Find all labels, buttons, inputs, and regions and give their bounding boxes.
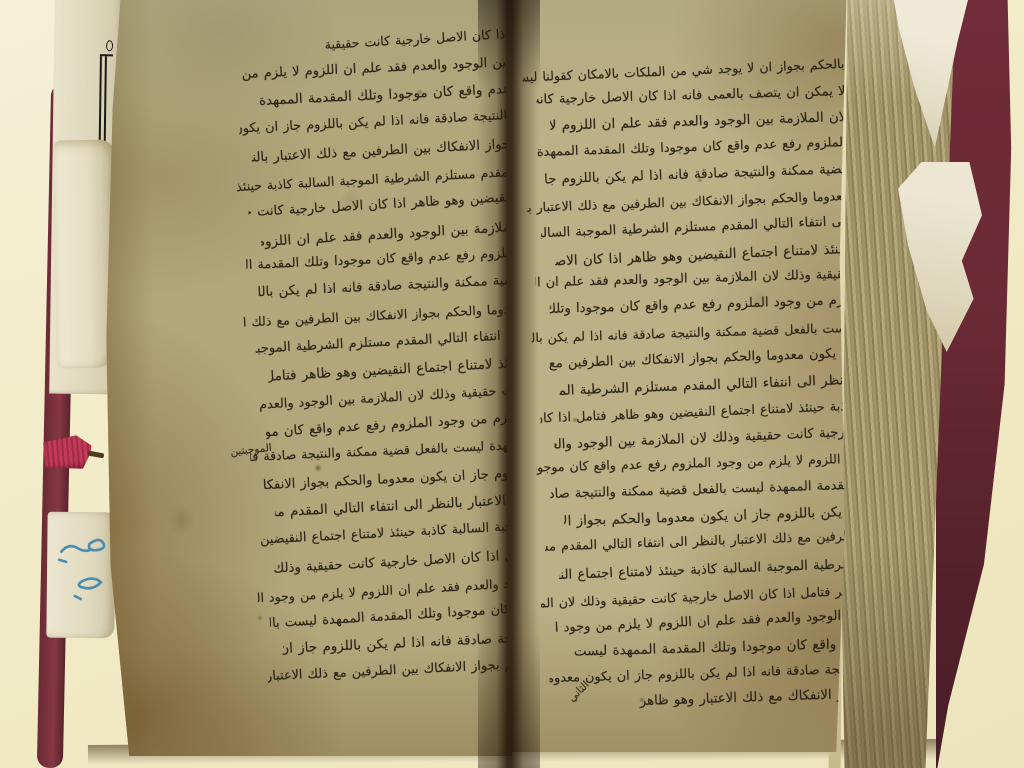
left-page-text-block: اذا كان الاصل خارجية كانت حقيقيةبين الوج… [228,24,543,718]
manuscript-photo: اذا كان الاصل خارجية كانت حقيقيةبين الوج… [0,0,1024,768]
manuscript-text-line: الملزوم رفع عدم واقع كان موجودا وتلك الم… [531,133,847,164]
manuscript-text-line: لم يكن باللزوم جاز ان يكون معدوما والحكم… [564,501,861,532]
manuscript-text-line: بالنظر الى انتفاء التالي المقدم مستلزم ا… [559,369,856,401]
printed-border-fragment [100,54,113,56]
manuscript-text-line: والنتيجة صادقة فانه اذا لم يكن باللزوم ج… [550,659,866,689]
manuscript-text-line: والنتيجة صادقة فانه اذا لم يكن باللزوم ج… [238,106,513,141]
manuscript-text-line: قضية ممكنة والنتيجة صادقة فانه اذا لم يك… [258,270,522,303]
left-page: اذا كان الاصل خارجية كانت حقيقيةبين الوج… [96,0,512,756]
printed-border-fragment [106,40,113,51]
manuscript-text-line: يلزم من وجود الملزوم رفع عدم واقع كان مو… [550,291,853,321]
edge-strip-with-blue-marks [46,512,115,639]
blue-ink-marks-icon [55,530,110,621]
manuscript-text-line: المقدمة الممهدة ليست بالفعل قضية ممكنة و… [550,476,860,506]
right-page: بالحكم بجواز ان لا يوجد شي من الملكات با… [506,0,850,752]
right-page-text-block: بالحكم بجواز ان لا يوجد شي من الملكات با… [522,54,868,745]
manuscript-text-line: لان الملازمة بين الوجود والعدم فقد علم ا… [550,107,847,137]
manuscript-text-line: الطرفين مع ذلك الاعتبار بالنظر الى انتفا… [545,527,861,559]
manuscript-text-line: والحكم بجواز الانفكاك بين الطرفين مع ذلك… [267,654,542,688]
manuscript-text-line: بجواز الانفكاك مع ذلك الاعتبار وهو ظاهر [564,685,867,716]
manuscript-text-line: عدم واقع كان موجودا وتلك المقدمة الممهدة… [568,633,865,662]
